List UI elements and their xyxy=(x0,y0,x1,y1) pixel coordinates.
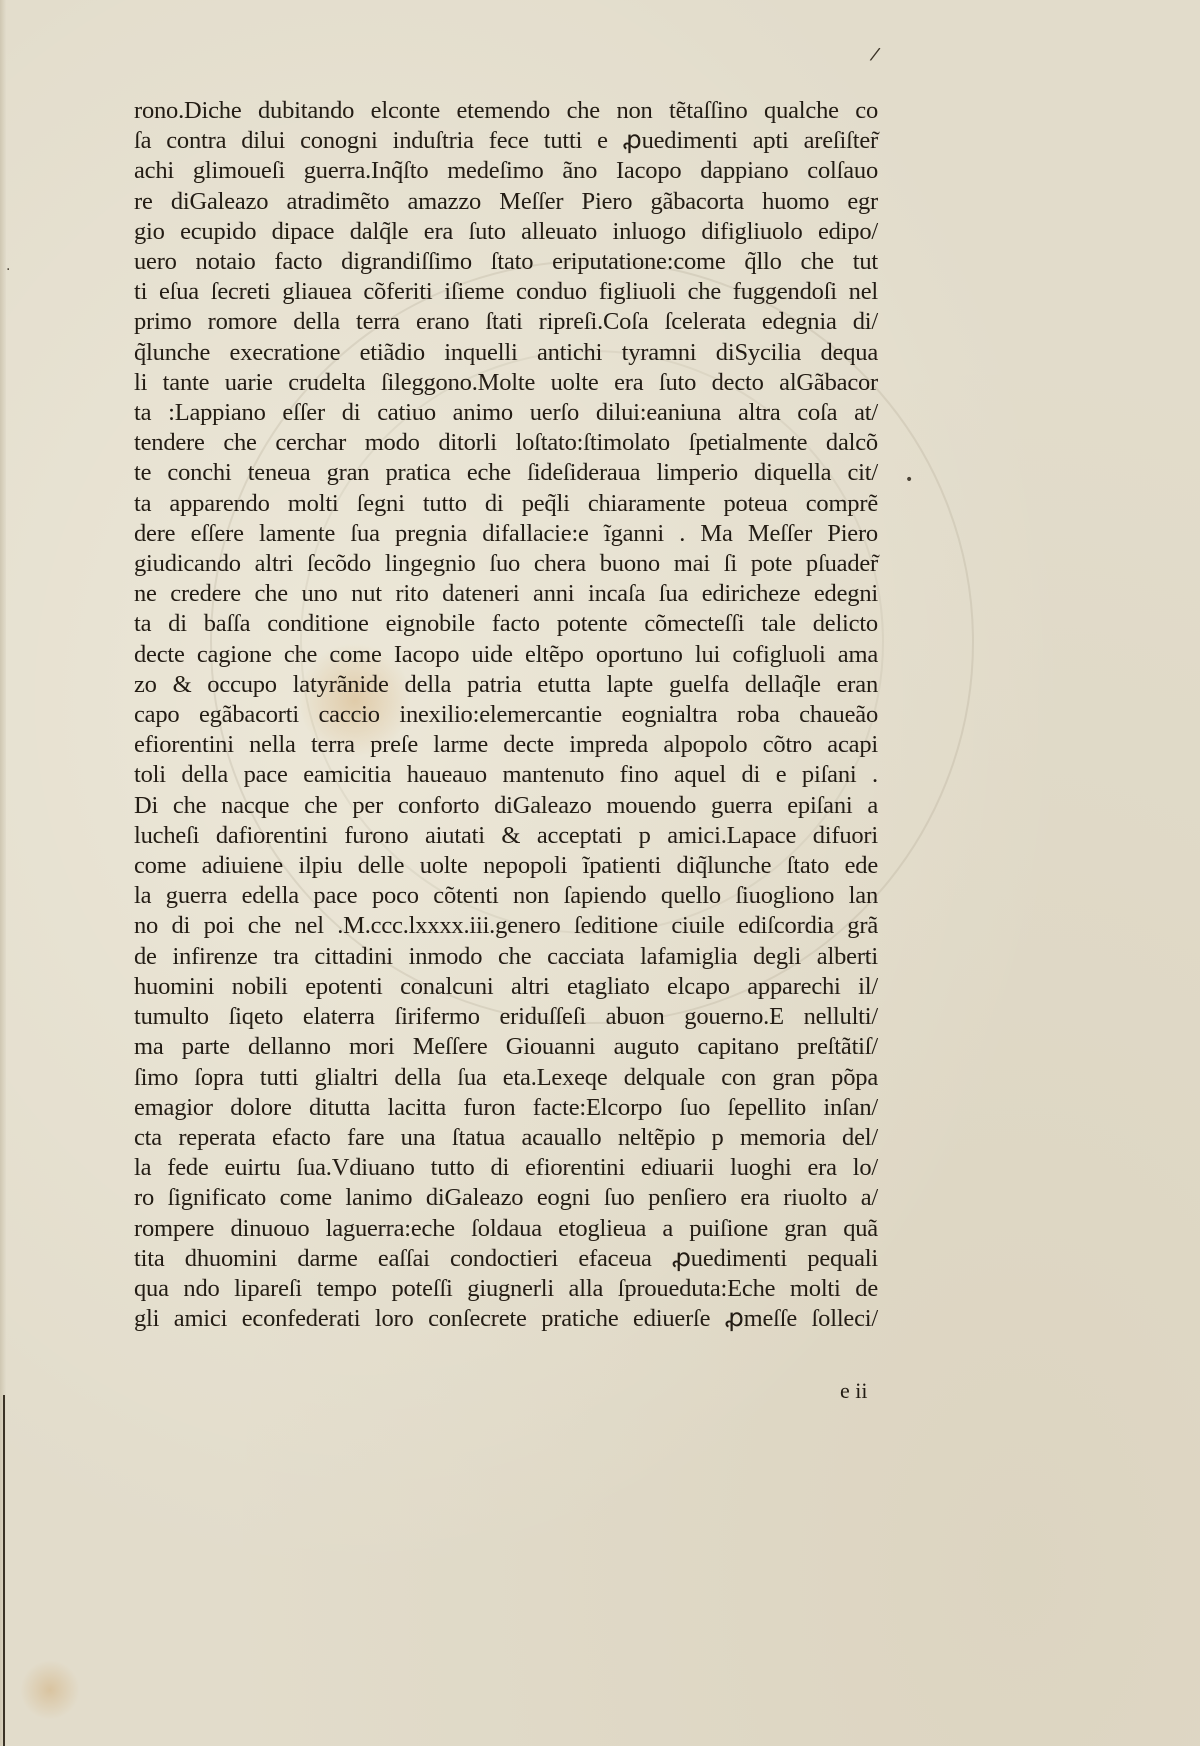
text-block: rono.Diche dubitando elconte etemendo ch… xyxy=(134,96,894,1334)
text-line: zo & occupo latyrãnide della patria etut… xyxy=(134,670,878,700)
text-line: Di che nacque che per conforto diGaleazo… xyxy=(134,791,878,821)
text-line: ſimo ſopra tutti glialtri della ſua eta.… xyxy=(134,1063,878,1093)
text-line: ta di baſſa conditione eignobile facto p… xyxy=(134,609,878,639)
text-line: q̃lunche execratione etiãdio inquelli an… xyxy=(134,338,878,368)
text-line: rompere dinuouo laguerra:eche ſoldaua et… xyxy=(134,1214,878,1244)
text-line: cta reperata efacto fare una ſtatua acau… xyxy=(134,1123,878,1153)
text-line: achi glimoueſi guerra.Inq̃ſto medeſimo ã… xyxy=(134,156,878,186)
text-line: come adiuiene ilpiu delle uolte nepopoli… xyxy=(134,851,878,881)
text-line: tendere che cerchar modo ditorli loſtato… xyxy=(134,428,878,458)
folio-mark: / xyxy=(869,44,882,66)
margin-mark: · xyxy=(6,262,10,278)
text-line: gli amici econfederati loro conſecrete p… xyxy=(134,1304,878,1334)
text-line: no di poi che nel .M.ccc.lxxxx.iii.gener… xyxy=(134,911,878,941)
text-line: de infirenze tra cittadini inmodo che ca… xyxy=(134,942,878,972)
margin-mark: • xyxy=(905,472,913,488)
text-line: huomini nobili epotenti conalcuni altri … xyxy=(134,972,878,1002)
text-line: li tante uarie crudelta ſileggono.Molte … xyxy=(134,368,878,398)
text-line: ne credere che uno nut rito dateneri ann… xyxy=(134,579,878,609)
text-line: lucheſi dafiorentini furono aiutati & ac… xyxy=(134,821,878,851)
text-line: ſa contra dilui conogni induſtria fece t… xyxy=(134,126,878,156)
foxing-stain xyxy=(20,1660,80,1720)
text-line: la fede euirtu ſua.Vdiuano tutto di efio… xyxy=(134,1153,878,1183)
text-line: toli della pace eamicitia haueauo manten… xyxy=(134,760,878,790)
text-line: dere eſſere lamente ſua pregnia difallac… xyxy=(134,519,878,549)
text-line: emagior dolore ditutta lacitta furon fac… xyxy=(134,1093,878,1123)
text-line: tumulto ſiqeto elaterra ſirifermo eriduſ… xyxy=(134,1002,878,1032)
signature-mark: e ii xyxy=(840,1378,868,1404)
text-line: gio ecupido dipace dalq̃le era ſuto alle… xyxy=(134,217,878,247)
text-line: te conchi teneua gran pratica eche ſideſ… xyxy=(134,458,878,488)
text-line: qua ndo lipareſi tempo poteſſi giugnerli… xyxy=(134,1274,878,1304)
text-line: ta apparendo molti ſegni tutto di peq̃li… xyxy=(134,489,878,519)
book-page: / • · rono.Diche dubitando elconte eteme… xyxy=(0,0,1200,1746)
text-line: ta :Lappiano eſſer di catiuo animo uerſo… xyxy=(134,398,878,428)
text-line: uero notaio facto digrandiſſimo ſtato er… xyxy=(134,247,878,277)
binding-gutter-line xyxy=(3,1395,5,1746)
text-line: efiorentini nella terra preſe larme dect… xyxy=(134,730,878,760)
text-line: capo egãbacorti caccio inexilio:elemerca… xyxy=(134,700,878,730)
text-line: ro ſignificato come lanimo diGaleazo eog… xyxy=(134,1183,878,1213)
text-line: rono.Diche dubitando elconte etemendo ch… xyxy=(134,96,878,126)
text-line: la guerra edella pace poco cõtenti non ſ… xyxy=(134,881,878,911)
text-line: primo romore della terra erano ſtati rip… xyxy=(134,307,878,337)
text-line: tita dhuomini darme eaſſai condoctieri e… xyxy=(134,1244,878,1274)
text-line: ti eſua ſecreti gliauea cõferiti iſieme … xyxy=(134,277,878,307)
text-line: re diGaleazo atradimẽto amazzo Meſſer Pi… xyxy=(134,187,878,217)
text-line: ma parte dellanno mori Meſſere Giouanni … xyxy=(134,1032,878,1062)
text-line: giudicando altri ſecõdo lingegnio ſuo ch… xyxy=(134,549,878,579)
text-line: decte cagione che come Iacopo uide eltẽp… xyxy=(134,640,878,670)
